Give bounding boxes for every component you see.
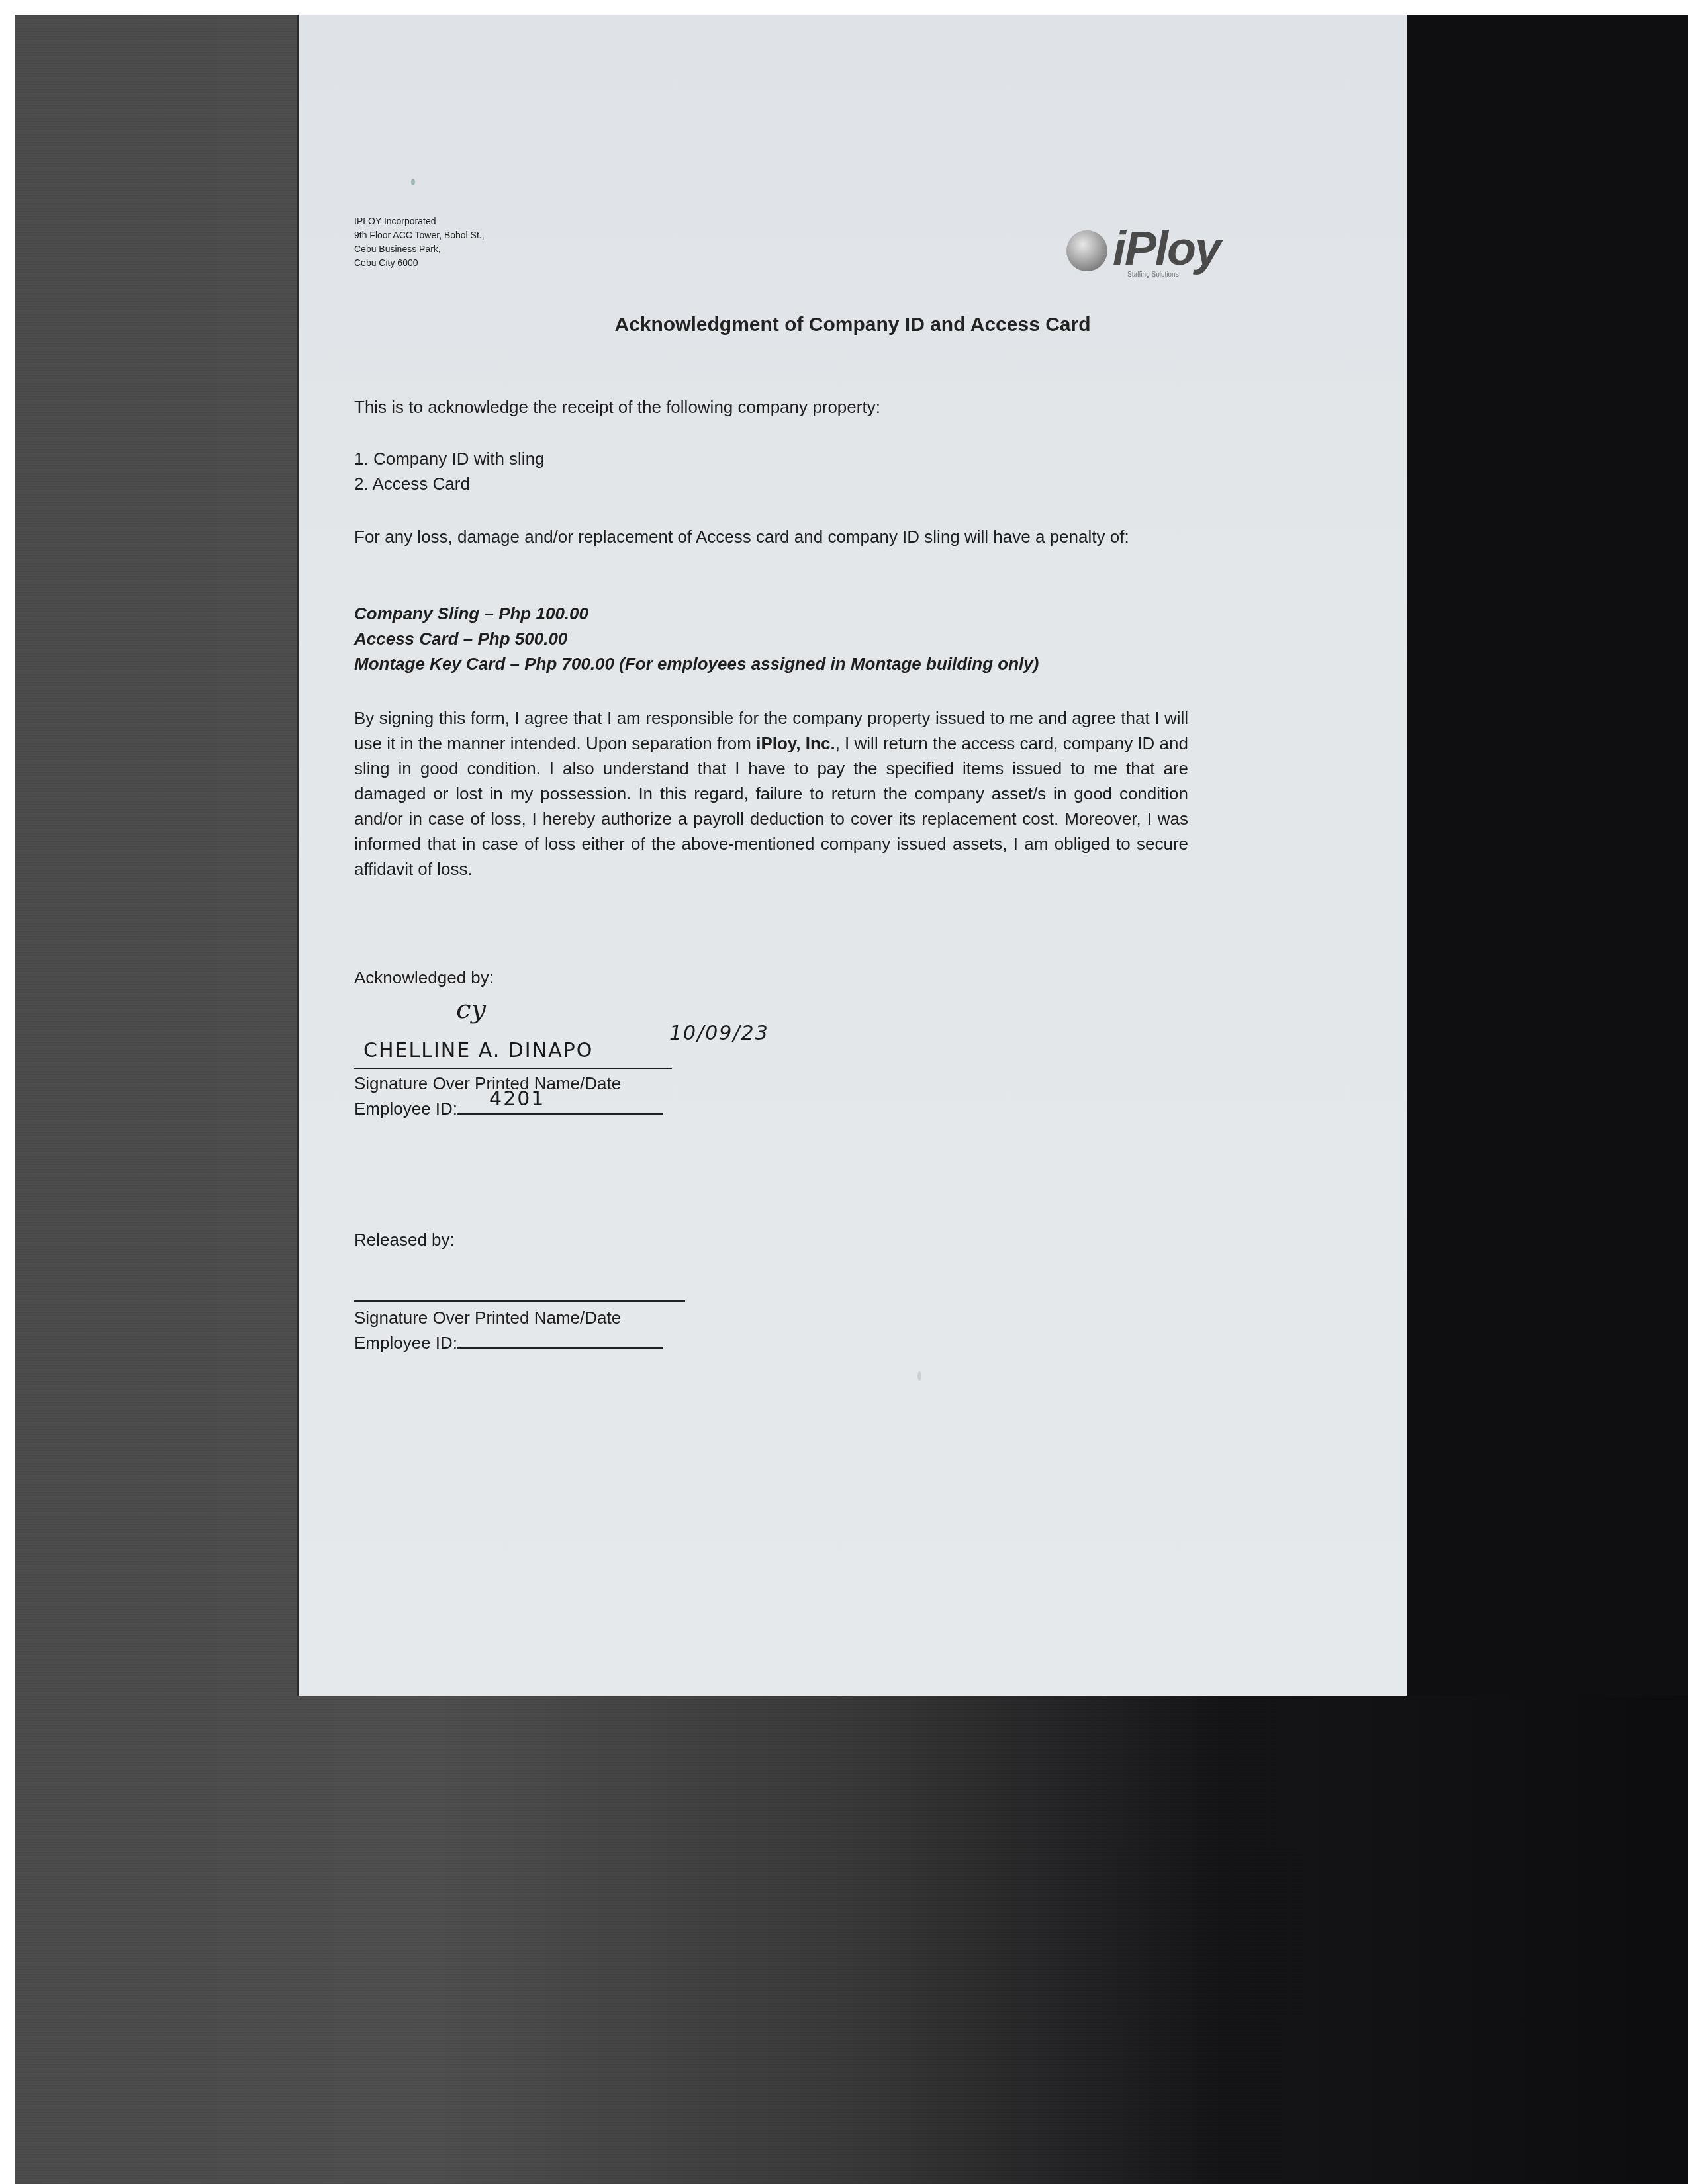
globe-logo-icon xyxy=(1066,230,1107,271)
penalty-item: Montage Key Card – Php 700.00 (For emplo… xyxy=(354,651,1188,676)
acknowledged-signature-line[interactable] xyxy=(354,1068,672,1069)
document-page: IPLOY Incorporated 9th Floor ACC Tower, … xyxy=(297,15,1407,1696)
list-item: 1. Company ID with sling xyxy=(354,446,1188,471)
scanner-dark-region xyxy=(1407,15,1688,1696)
released-by-label: Released by: xyxy=(354,1227,455,1252)
company-address: IPLOY Incorporated 9th Floor ACC Tower, … xyxy=(354,214,485,270)
list-item: 2. Access Card xyxy=(354,471,1188,496)
released-employee-id-field: Employee ID: xyxy=(354,1330,663,1355)
company-logo: iPloy Staffing Solutions xyxy=(1066,225,1239,285)
address-line: 9th Floor ACC Tower, Bohol St., xyxy=(354,228,485,242)
acknowledged-employee-id-field: Employee ID:4201 xyxy=(354,1096,663,1121)
handwritten-employee-id: 4201 xyxy=(489,1087,545,1112)
handwritten-name: CHELLINE A. DINAPO xyxy=(363,1039,593,1062)
employee-id-input[interactable]: 4201 xyxy=(457,1096,663,1115)
company-name-bold: iPloy, Inc. xyxy=(756,733,835,753)
acknowledged-signature-caption: Signature Over Printed Name/Date xyxy=(354,1071,621,1096)
employee-id-label: Employee ID: xyxy=(354,1099,457,1118)
agreement-text-part2: , I will return the access card, company… xyxy=(354,733,1188,879)
penalty-intro: For any loss, damage and/or replacement … xyxy=(354,524,1188,549)
scan-speck xyxy=(917,1371,921,1381)
penalty-list: Company Sling – Php 100.00 Access Card –… xyxy=(354,601,1188,676)
scan-speck xyxy=(411,179,415,185)
employee-id-input[interactable] xyxy=(457,1330,663,1349)
address-line: Cebu City 6000 xyxy=(354,256,485,270)
released-signature-caption: Signature Over Printed Name/Date xyxy=(354,1305,621,1330)
property-list: 1. Company ID with sling 2. Access Card xyxy=(354,446,1188,496)
handwritten-date: 10/09/23 xyxy=(669,1022,769,1045)
handwritten-initials: cy xyxy=(456,994,486,1024)
released-signature-line[interactable] xyxy=(354,1300,685,1302)
document-title: Acknowledgment of Company ID and Access … xyxy=(299,314,1407,336)
penalty-item: Company Sling – Php 100.00 xyxy=(354,601,1188,626)
agreement-paragraph: By signing this form, I agree that I am … xyxy=(354,705,1188,882)
penalty-item: Access Card – Php 500.00 xyxy=(354,626,1188,651)
address-line: IPLOY Incorporated xyxy=(354,214,485,228)
logo-tagline: Staffing Solutions xyxy=(1127,271,1179,279)
intro-paragraph: This is to acknowledge the receipt of th… xyxy=(354,394,1188,420)
address-line: Cebu Business Park, xyxy=(354,242,485,256)
acknowledged-by-label: Acknowledged by: xyxy=(354,965,494,990)
employee-id-label: Employee ID: xyxy=(354,1333,457,1353)
logo-text: iPloy xyxy=(1113,222,1220,275)
